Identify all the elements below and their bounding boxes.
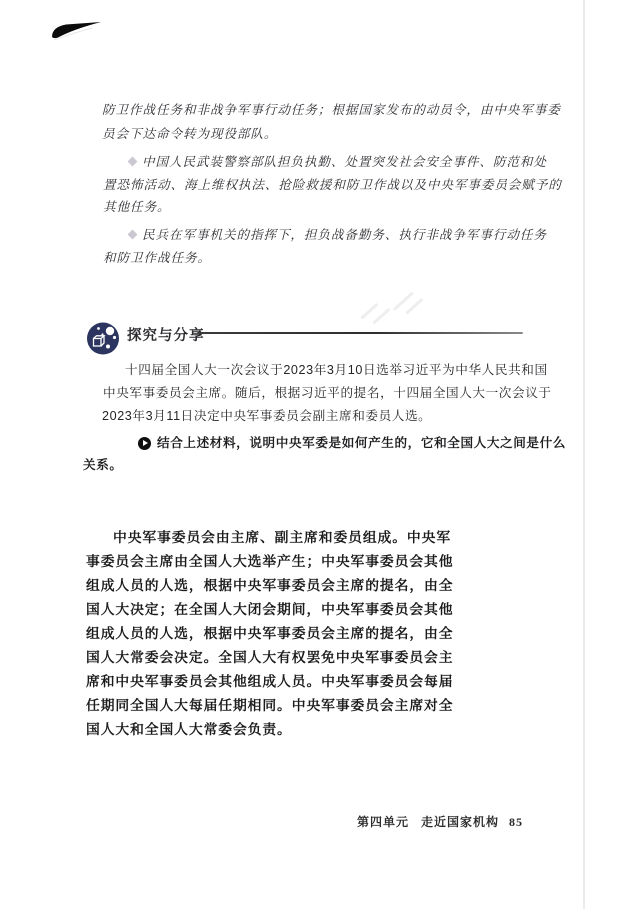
watermark-stroke bbox=[405, 298, 423, 315]
body-line: 国人大和全国人大常委会负责。 bbox=[86, 723, 292, 737]
excerpt-line: 中国人民武装警察部队担负执勤、处置突发社会安全事件、防范和处 bbox=[142, 156, 547, 169]
body-line: 国人大常委会决定。全国人大有权罢免中央军事委员会主 bbox=[86, 651, 453, 665]
watermark-stroke bbox=[360, 303, 378, 320]
body-line: 席和中央军事委员会其他组成人员。中央军事委员会每届 bbox=[86, 675, 453, 689]
page-curl-artifact bbox=[0, 0, 120, 50]
explore-line: 2023年3月11日决定中央军事委员会副主席和委员人选。 bbox=[102, 410, 431, 423]
excerpt-line: 防卫作战任务和非战争军事行动任务；根据国家发布的动员令，由中央军事委 bbox=[102, 104, 561, 117]
body-line: 中央军事委员会由主席、副主席和委员组成。中央军 bbox=[113, 531, 451, 545]
footer-unit-label: 第四单元 bbox=[357, 815, 409, 829]
excerpt-line: 和防卫作战任务。 bbox=[103, 252, 211, 265]
question-line: 关系。 bbox=[83, 459, 123, 472]
explore-sphere-icon bbox=[86, 321, 121, 356]
excerpt-line: 员会下达命令转为现役部队。 bbox=[102, 128, 277, 141]
diamond-bullet-icon bbox=[128, 230, 138, 240]
excerpt-line: 置恐怖活动、海上维权执法、抢险救援和防卫作战以及中央军事委员会赋予的 bbox=[103, 179, 562, 192]
watermark-stroke bbox=[372, 308, 390, 325]
body-line: 组成人员的人选，根据中央军事委员会主席的提名，由全 bbox=[86, 579, 453, 593]
textbook-page-scan: 防卫作战任务和非战争军事行动任务；根据国家发布的动员令，由中央军事委 员会下达命… bbox=[0, 0, 640, 909]
section-rule-line bbox=[197, 332, 523, 334]
excerpt-line: 其他任务。 bbox=[103, 201, 170, 214]
footer-chapter-label: 走近国家机构 bbox=[421, 815, 499, 829]
footer-page-number: 85 bbox=[509, 815, 523, 829]
explore-section-title: 探究与分享 bbox=[127, 329, 205, 344]
page-edge-line bbox=[583, 0, 585, 909]
page-footer: 第四单元走近国家机构85 bbox=[0, 816, 523, 828]
diamond-bullet-icon bbox=[128, 157, 138, 167]
explore-line: 中央军事委员会主席。随后，根据习近平的提名，十四届全国人大一次会议于 bbox=[103, 387, 552, 400]
excerpt-line: 民兵在军事机关的指挥下，担负战备勤务、执行非战争军事行动任务 bbox=[142, 229, 547, 242]
body-line: 国人大决定；在全国人大闭会期间，中央军事委员会其他 bbox=[86, 603, 453, 617]
question-line: 结合上述材料，说明中央军委是如何产生的，它和全国人大之间是什么 bbox=[157, 437, 566, 450]
body-line: 任期同全国人大每届任期相同。中央军事委员会主席对全 bbox=[86, 699, 453, 713]
body-line: 组成人员的人选，根据中央军事委员会主席的提名，由全 bbox=[86, 627, 453, 641]
body-line: 事委员会主席由全国人大选举产生；中央军事委员会其他 bbox=[86, 555, 453, 569]
explore-line: 十四届全国人大一次会议于2023年3月10日选举习近平为中华人民共和国 bbox=[125, 364, 548, 377]
play-circle-bullet-icon bbox=[138, 437, 151, 450]
